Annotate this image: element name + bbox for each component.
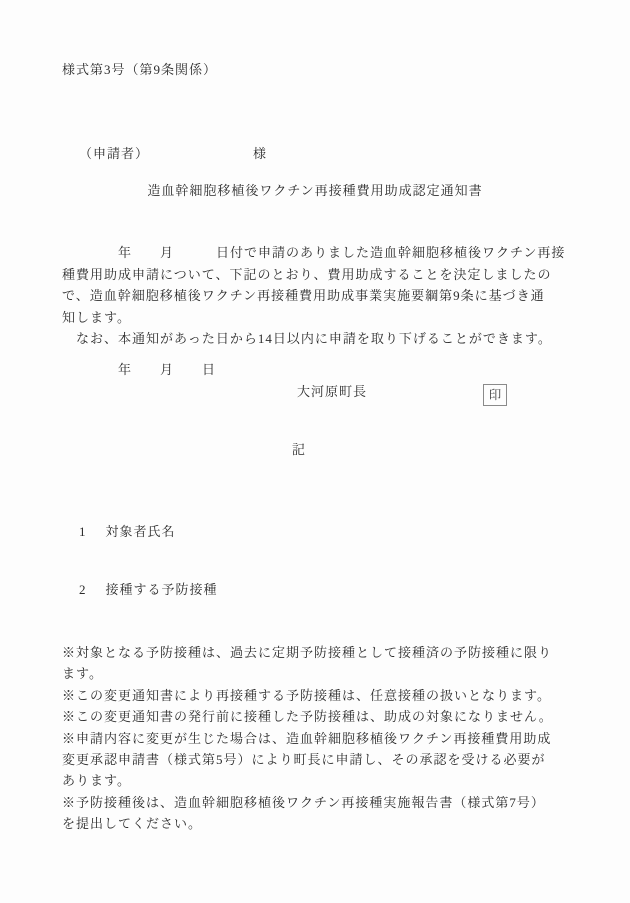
- applicant-line: （申請者）様: [62, 124, 267, 184]
- note-line: ※対象となる予防接種は、過去に定期予防接種として接種済の予防接種に限り: [62, 642, 576, 663]
- document-page: 様式第3号（第9条関係） （申請者）様 造血幹細胞移植後ワクチン再接種費用助成認…: [0, 0, 630, 903]
- note-line: あります。: [62, 770, 576, 791]
- item-2-number: 2: [79, 582, 87, 597]
- section-marker-ki: 記: [292, 440, 306, 460]
- note-line: ※予防接種後は、造血幹細胞移植後ワクチン再接種実施報告書（様式第7号）: [62, 792, 576, 813]
- issue-date-line: 年 月 日: [62, 360, 216, 380]
- seal-label: 印: [489, 388, 502, 402]
- document-title: 造血幹細胞移植後ワクチン再接種費用助成認定通知書: [0, 181, 630, 201]
- notes-section: ※対象となる予防接種は、過去に定期予防接種として接種済の予防接種に限り ます。 …: [62, 642, 576, 835]
- body-line: 年 月 日付で申請のありました造血幹細胞移植後ワクチン再接: [62, 242, 574, 264]
- body-line: なお、本通知があった日から14日以内に申請を取り下げることができます。: [62, 328, 574, 350]
- applicant-label: （申請者）: [79, 146, 149, 161]
- item-1-label: 対象者氏名: [106, 524, 176, 539]
- form-number: 様式第3号（第9条関係）: [62, 60, 217, 80]
- note-line: ※この変更通知書の発行前に接種した予防接種は、助成の対象になりません。: [62, 706, 576, 727]
- body-line: で、造血幹細胞移植後ワクチン再接種費用助成事業実施要綱第9条に基づき通: [62, 285, 574, 307]
- note-line: ※申請内容に変更が生じた場合は、造血幹細胞移植後ワクチン再接種費用助成: [62, 728, 576, 749]
- note-line: ます。: [62, 663, 576, 684]
- issuer-name: 大河原町長: [297, 382, 367, 402]
- item-2-label: 接種する予防接種: [106, 582, 218, 597]
- item-1: 1対象者氏名: [62, 502, 176, 562]
- body-line: 知します。: [62, 307, 574, 329]
- note-line: ※この変更通知書により再接種する予防接種は、任意接種の扱いとなります。: [62, 685, 576, 706]
- body-line: 種費用助成申請について、下記のとおり、費用助成することを決定しましたの: [62, 264, 574, 286]
- applicant-honorific: 様: [253, 146, 267, 161]
- seal-box: 印: [483, 384, 507, 406]
- item-2: 2接種する予防接種: [62, 560, 218, 620]
- item-1-number: 1: [79, 524, 87, 539]
- note-line: 変更承認申請書（様式第5号）により町長に申請し、その承認を受ける必要が: [62, 749, 576, 770]
- body-paragraph: 年 月 日付で申請のありました造血幹細胞移植後ワクチン再接 種費用助成申請につい…: [62, 242, 574, 350]
- note-line: を提出してください。: [62, 813, 576, 834]
